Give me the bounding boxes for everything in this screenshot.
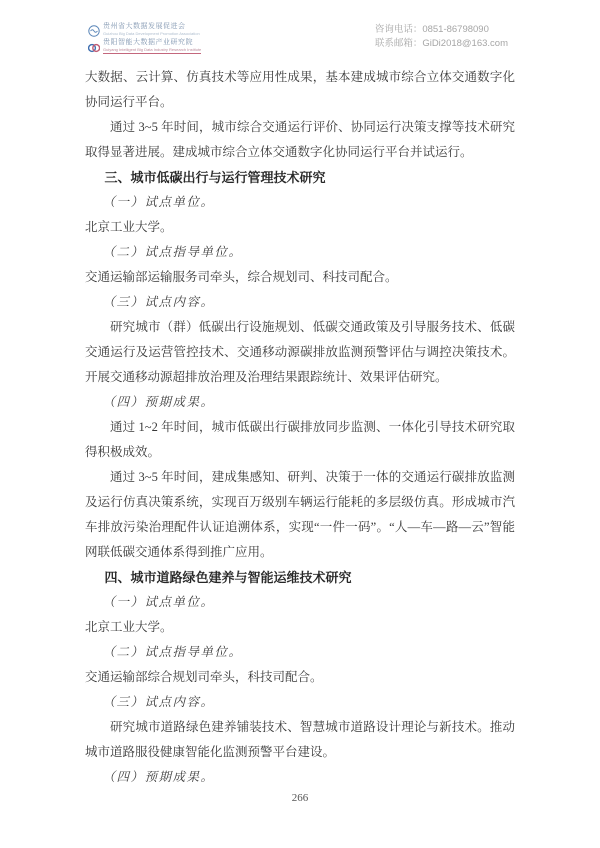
paragraph: 通过 1~2 年时间，城市低碳出行碳排放同步监测、一体化引导技术研究取得积极成效… xyxy=(85,415,515,465)
section-heading: 四、城市道路绿色建养与智能运维技术研究 xyxy=(85,565,515,590)
paragraph: （三）试点内容。 xyxy=(85,690,515,715)
document-page: 贵州省大数据发展促进会 Guizhou Big Data Development… xyxy=(0,0,600,848)
paragraph: （四）预期成果。 xyxy=(85,390,515,415)
contact-phone: 咨询电话：0851-86798090 xyxy=(375,23,508,37)
paragraph: 交通运输部综合规划司牵头，科技司配合。 xyxy=(85,665,515,690)
association-emblem-icon xyxy=(88,24,100,36)
paragraph: 通过 3~5 年时间，建成集感知、研判、决策于一体的交通运行碳排放监测及运行仿真… xyxy=(85,465,515,565)
association-name-cn: 贵州省大数据发展促进会 xyxy=(103,23,200,31)
paragraph: 通过 3~5 年时间，城市综合交通运行评价、协同运行决策支撑等技术研究取得显著进… xyxy=(85,115,515,165)
paragraph: 大数据、云计算、仿真技术等应用性成果，基本建成城市综合立体交通数字化协同运行平台… xyxy=(85,65,515,115)
institute-logo-text: 贵阳智能大数据产业研究院 Guiyang Intelligent Big Dat… xyxy=(103,39,201,54)
institute-name-en: Guiyang Intelligent Big Data Industry Re… xyxy=(103,47,201,54)
institute-rings-icon xyxy=(88,41,100,53)
paragraph: （四）预期成果。 xyxy=(85,765,515,790)
letterhead: 贵州省大数据发展促进会 Guizhou Big Data Development… xyxy=(88,23,508,54)
section-heading: 三、城市低碳出行与运行管理技术研究 xyxy=(85,165,515,190)
paragraph: （二）试点指导单位。 xyxy=(85,240,515,265)
contact-email: 联系邮箱：GiDi2018@163.com xyxy=(375,37,508,51)
association-logo-text: 贵州省大数据发展促进会 Guizhou Big Data Development… xyxy=(103,23,200,36)
paragraph: 研究城市道路绿色建养铺装技术、智慧城市道路设计理论与新技术。推动城市道路服役健康… xyxy=(85,715,515,765)
paragraph: 交通运输部运输服务司牵头，综合规划司、科技司配合。 xyxy=(85,265,515,290)
logo-association: 贵州省大数据发展促进会 Guizhou Big Data Development… xyxy=(88,23,201,36)
association-name-en: Guizhou Big Data Development Promotion A… xyxy=(103,31,200,36)
page-number: 266 xyxy=(0,792,600,804)
contact-info: 咨询电话：0851-86798090 联系邮箱：GiDi2018@163.com xyxy=(375,23,508,51)
paragraph: （二）试点指导单位。 xyxy=(85,640,515,665)
document-body: 大数据、云计算、仿真技术等应用性成果，基本建成城市综合立体交通数字化协同运行平台… xyxy=(85,65,515,790)
paragraph: （一）试点单位。 xyxy=(85,190,515,215)
logo-stack: 贵州省大数据发展促进会 Guizhou Big Data Development… xyxy=(88,23,201,54)
paragraph: （三）试点内容。 xyxy=(85,290,515,315)
paragraph: 北京工业大学。 xyxy=(85,615,515,640)
logo-institute: 贵阳智能大数据产业研究院 Guiyang Intelligent Big Dat… xyxy=(88,39,201,54)
institute-name-cn: 贵阳智能大数据产业研究院 xyxy=(103,39,201,47)
paragraph: 北京工业大学。 xyxy=(85,215,515,240)
paragraph: 研究城市（群）低碳出行设施规划、低碳交通政策及引导服务技术、低碳交通运行及运营管… xyxy=(85,315,515,390)
paragraph: （一）试点单位。 xyxy=(85,590,515,615)
